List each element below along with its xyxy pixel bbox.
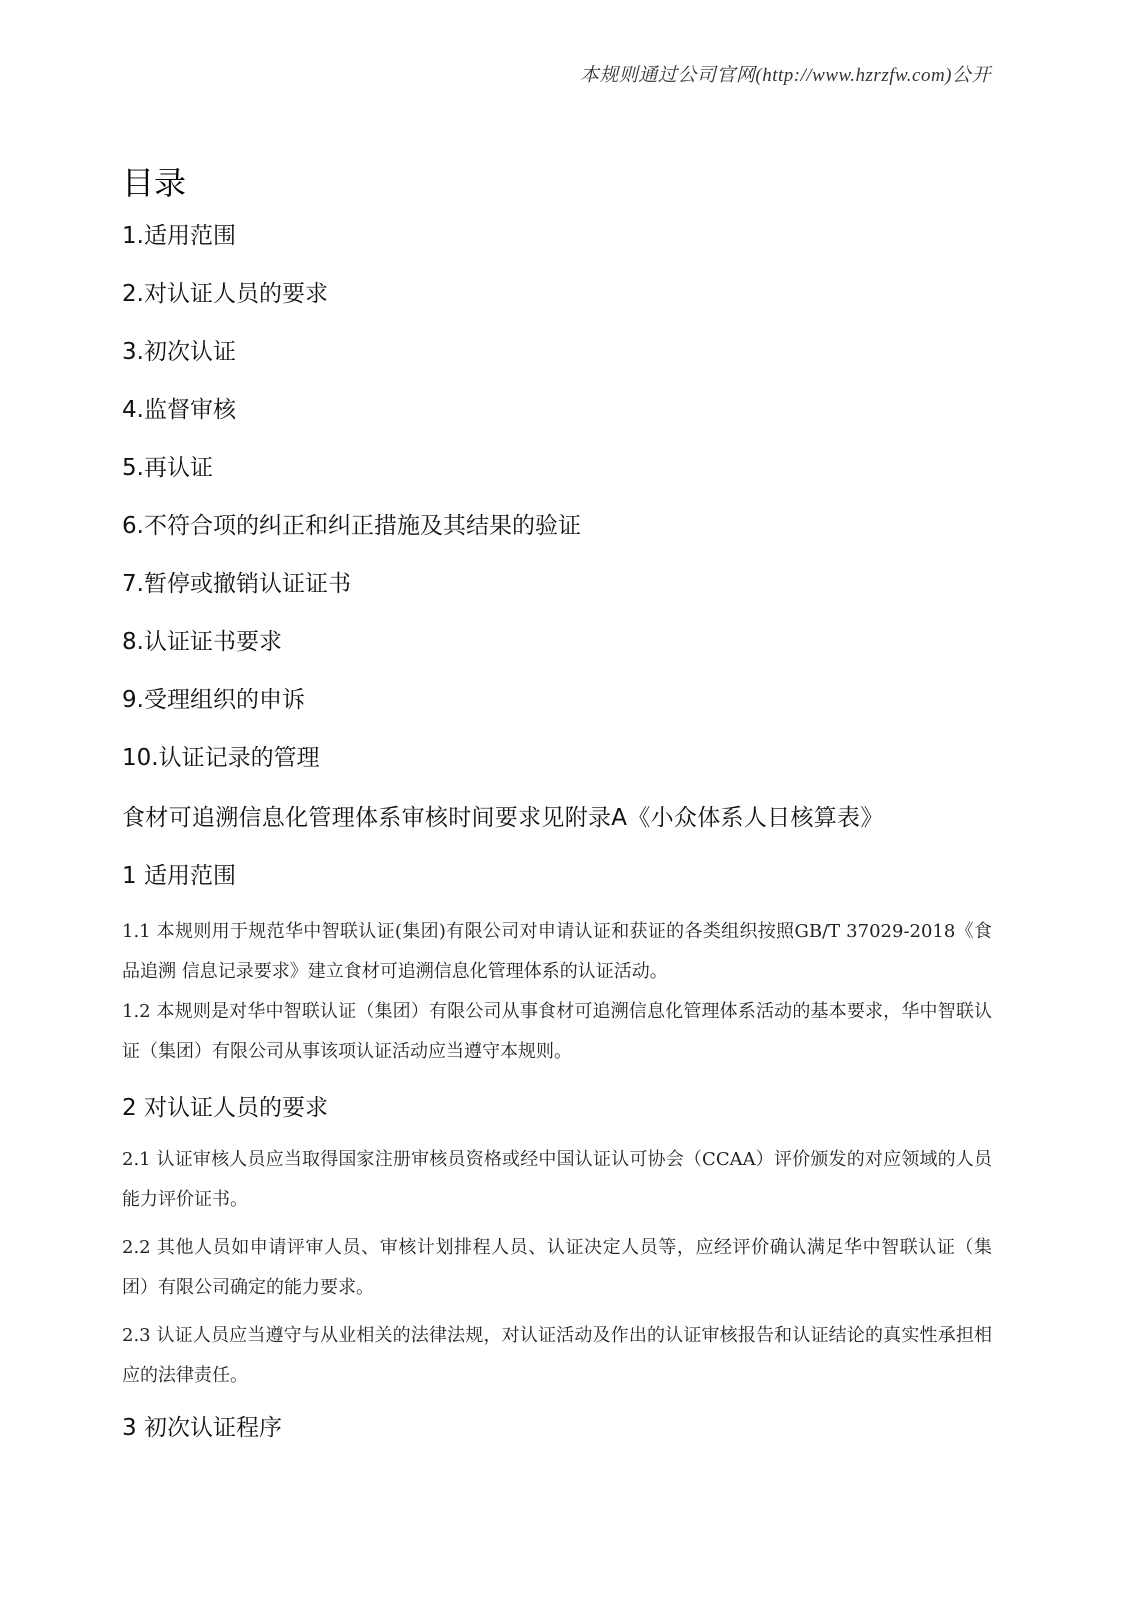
toc-item[interactable]: 1.适用范围 bbox=[122, 218, 581, 276]
section-heading-initial-certification: 3 初次认证程序 bbox=[122, 1410, 282, 1446]
paragraph-2-1: 2.1 认证审核人员应当取得国家注册审核员资格或经中国认证认可协会（CCAA）评… bbox=[122, 1140, 992, 1220]
toc-item[interactable]: 10.认证记录的管理 bbox=[122, 740, 581, 798]
toc-item[interactable]: 4.监督审核 bbox=[122, 392, 581, 450]
toc-item[interactable]: 7.暂停或撤销认证证书 bbox=[122, 566, 581, 624]
appendix-note: 食材可追溯信息化管理体系审核时间要求见附录A《小众体系人日核算表》 bbox=[122, 800, 884, 836]
paragraph-2-3: 2.3 认证人员应当遵守与从业相关的法律法规，对认证活动及作出的认证审核报告和认… bbox=[122, 1316, 992, 1396]
toc-title: 目录 bbox=[122, 158, 186, 204]
paragraph-1-1: 1.1 本规则用于规范华中智联认证(集团)有限公司对申请认证和获证的各类组织按照… bbox=[122, 912, 992, 992]
toc-item[interactable]: 6.不符合项的纠正和纠正措施及其结果的验证 bbox=[122, 508, 581, 566]
toc-item[interactable]: 5.再认证 bbox=[122, 450, 581, 508]
paragraph-2-2: 2.2 其他人员如申请评审人员、审核计划排程人员、认证决定人员等，应经评价确认满… bbox=[122, 1228, 992, 1308]
toc-item[interactable]: 3.初次认证 bbox=[122, 334, 581, 392]
section-heading-scope: 1 适用范围 bbox=[122, 858, 236, 894]
page-header-disclosure: 本规则通过公司官网(http://www.hzrzfw.com)公开 bbox=[580, 60, 991, 87]
toc-item[interactable]: 9.受理组织的申诉 bbox=[122, 682, 581, 740]
table-of-contents: 1.适用范围 2.对认证人员的要求 3.初次认证 4.监督审核 5.再认证 6.… bbox=[122, 218, 581, 798]
toc-item[interactable]: 2.对认证人员的要求 bbox=[122, 276, 581, 334]
section-heading-personnel: 2 对认证人员的要求 bbox=[122, 1090, 328, 1126]
paragraph-1-2: 1.2 本规则是对华中智联认证（集团）有限公司从事食材可追溯信息化管理体系活动的… bbox=[122, 992, 992, 1072]
toc-item[interactable]: 8.认证证书要求 bbox=[122, 624, 581, 682]
